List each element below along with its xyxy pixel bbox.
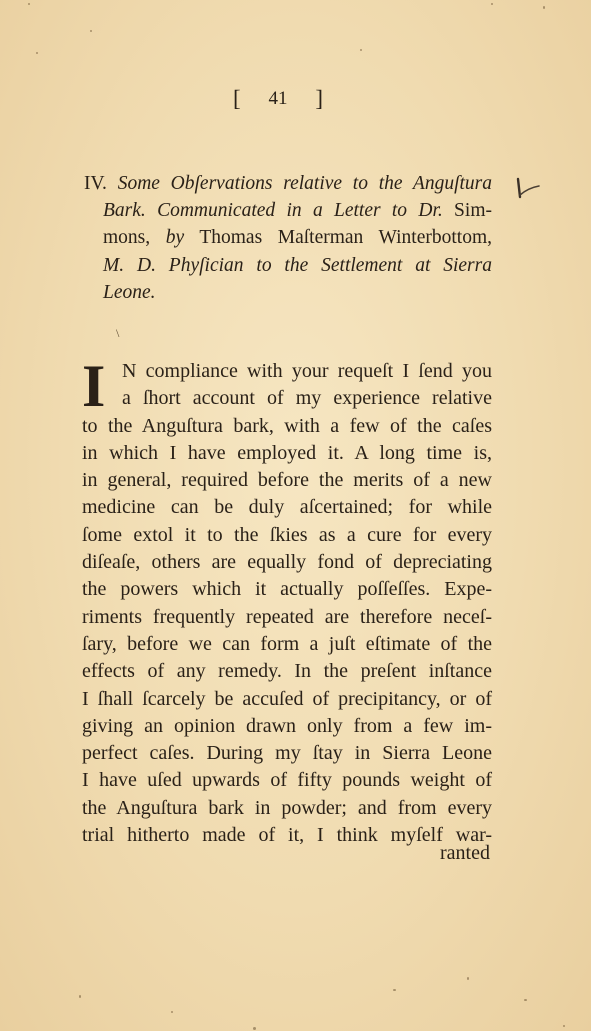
paper-speck (524, 999, 527, 1001)
body-line: the powers which it actually poſſeſſes. … (82, 576, 492, 603)
body-line: I ſhall ſcarcely be accuſed of precipita… (82, 686, 492, 713)
body-line: I have uſed upwards of fifty pounds weig… (82, 767, 492, 794)
heading-line-3: mons, by Thomas Maſterman Winterbottom, (84, 224, 492, 251)
body-line: a ſhort account of my experience relativ… (82, 385, 492, 412)
heading-line-2: Bark. Communicated in a Letter to Dr. Si… (84, 197, 492, 224)
page-number-bracket-open: [ (233, 86, 241, 112)
body-line: in general, required before the merits o… (82, 467, 492, 494)
book-page: [ 41 ] IV. Some Obſervations relative to… (0, 0, 591, 1031)
paper-speck (253, 1027, 256, 1030)
paper-speck (467, 977, 469, 980)
heading-recipient-cont: mons, (103, 227, 166, 248)
body-line: trial hitherto made of it, I think myſel… (82, 822, 492, 849)
paper-speck (360, 49, 362, 51)
stray-mark: \ (116, 326, 119, 341)
paper-speck (28, 3, 30, 5)
paper-speck (543, 6, 545, 9)
body-line: giving an opinion drawn only from a few … (82, 713, 492, 740)
body-line: diſeaſe, others are equally fond of depr… (82, 549, 492, 576)
paper-speck (563, 1025, 565, 1027)
body-line: ſary, before we can form a juſt eſtimate… (82, 631, 492, 658)
paper-speck (393, 989, 396, 991)
page-number-bracket-close: ] (315, 86, 323, 112)
paper-speck (90, 30, 92, 32)
heading-title: Some Obſervations relative to the Anguſt… (118, 173, 492, 194)
drop-cap: I (82, 360, 105, 412)
heading-line-1: IV. Some Obſervations relative to the An… (84, 170, 492, 197)
body-line: N compliance with your requeſt I ſend yo… (82, 358, 492, 385)
heading-line-4: M. D. Phyſician to the Settlement at Sie… (84, 252, 492, 279)
body-paragraph: I N compliance with your requeſt I ſend … (82, 358, 492, 849)
page-number-value: 41 (269, 88, 288, 110)
heading-communicated: Bark. Communicated in a Letter to Dr. (103, 200, 443, 221)
paper-speck (171, 1011, 173, 1013)
article-heading: IV. Some Obſervations relative to the An… (84, 170, 492, 306)
body-line: riments frequently repeated are therefor… (82, 604, 492, 631)
heading-by: by (166, 227, 184, 248)
heading-numeral: IV. (84, 173, 107, 194)
paper-speck (36, 52, 38, 54)
body-line: in which I have employed it. A long time… (82, 440, 492, 467)
paper-speck (491, 3, 493, 5)
catchword: ranted (440, 840, 490, 867)
heading-recipient: Sim- (443, 200, 492, 221)
paper-speck (79, 995, 81, 998)
body-line: the Anguſtura bark in powder; and from e… (82, 795, 492, 822)
heading-line-5: Leone. (84, 279, 492, 306)
check-mark-icon (514, 175, 544, 205)
page-number: [ 41 ] (233, 86, 323, 112)
body-line: medicine can be duly aſcertained; for wh… (82, 494, 492, 521)
body-line: perfect caſes. During my ſtay in Sierra … (82, 740, 492, 767)
body-line: effects of any remedy. In the preſent in… (82, 658, 492, 685)
body-line: ſome extol it to the ſkies as a cure for… (82, 522, 492, 549)
body-line: to the Anguſtura bark, with a few of the… (82, 413, 492, 440)
heading-author: Thomas Maſterman Winterbottom, (184, 227, 492, 248)
